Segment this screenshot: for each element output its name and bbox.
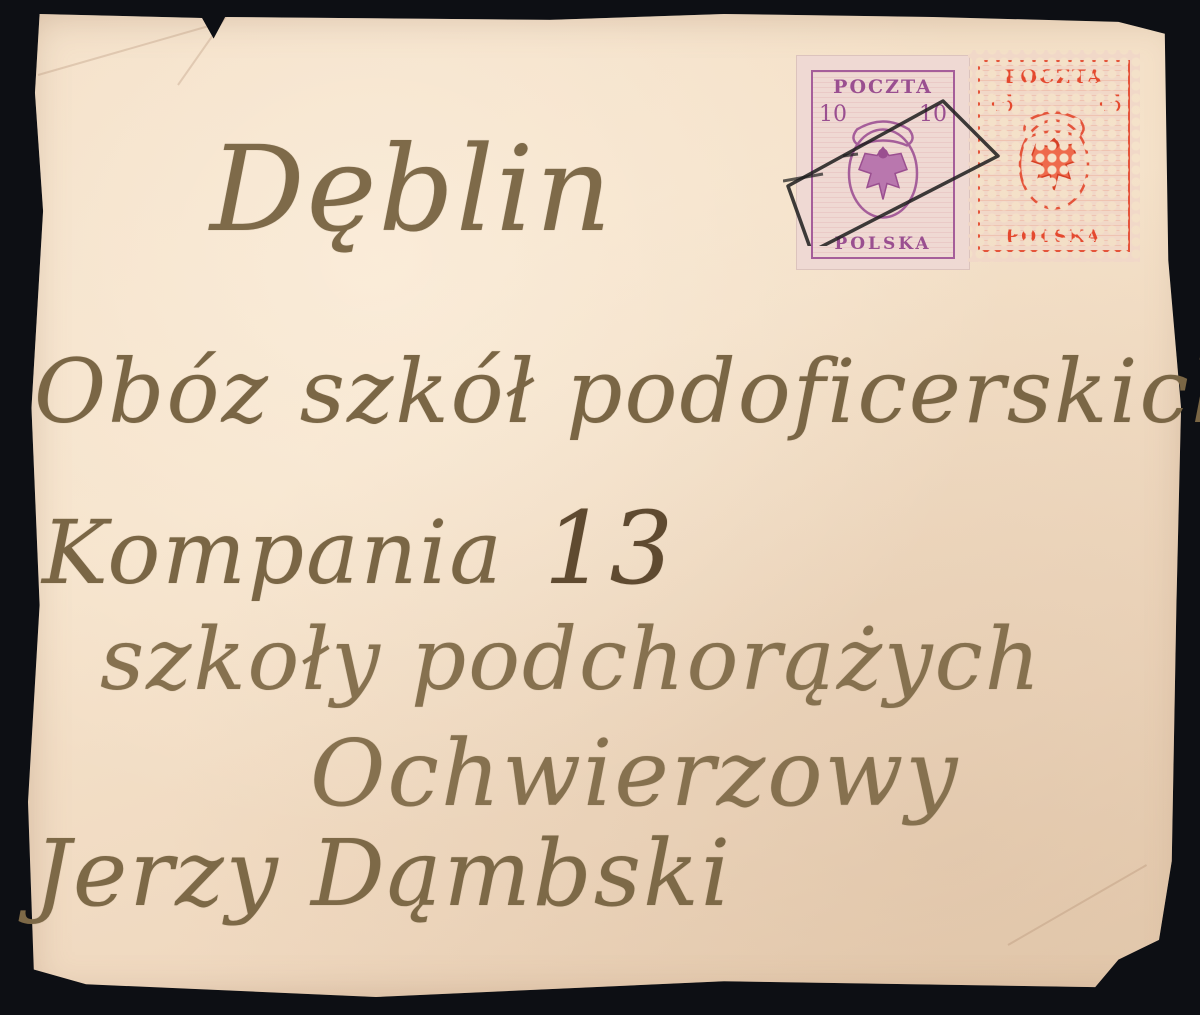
paper-fold: [177, 0, 270, 86]
stamp-bottom-text: POLSKA: [834, 234, 931, 254]
address-city: Dęblin: [210, 120, 613, 258]
stamp-15-orange: POCZTA 15 15 POLSKA: [968, 50, 1140, 262]
address-line-1: Obóz szkół podoficerskich: [34, 340, 1200, 443]
eagle-crest-icon: [1008, 104, 1100, 216]
paper-fold: [38, 22, 221, 76]
eagle-crest-icon: [837, 113, 929, 225]
address-line-2: Kompania13: [42, 490, 675, 607]
address-company-label: Kompania: [42, 501, 504, 604]
address-company-number: 13: [544, 490, 675, 607]
address-recipient: Jerzy Dąmbski: [34, 820, 732, 927]
stamp-top-text: POCZTA: [833, 76, 933, 98]
address-line-4: Ochwierzowy: [310, 720, 959, 827]
address-line-3: szkoły podchorążych: [100, 610, 1042, 710]
stamp-top-text: POCZTA: [1004, 66, 1104, 88]
paper-fold: [1008, 864, 1148, 946]
stamp-10-purple: POCZTA 10 10 POLSKA: [796, 55, 970, 270]
stamp-bottom-text: POLSKA: [1005, 227, 1102, 247]
